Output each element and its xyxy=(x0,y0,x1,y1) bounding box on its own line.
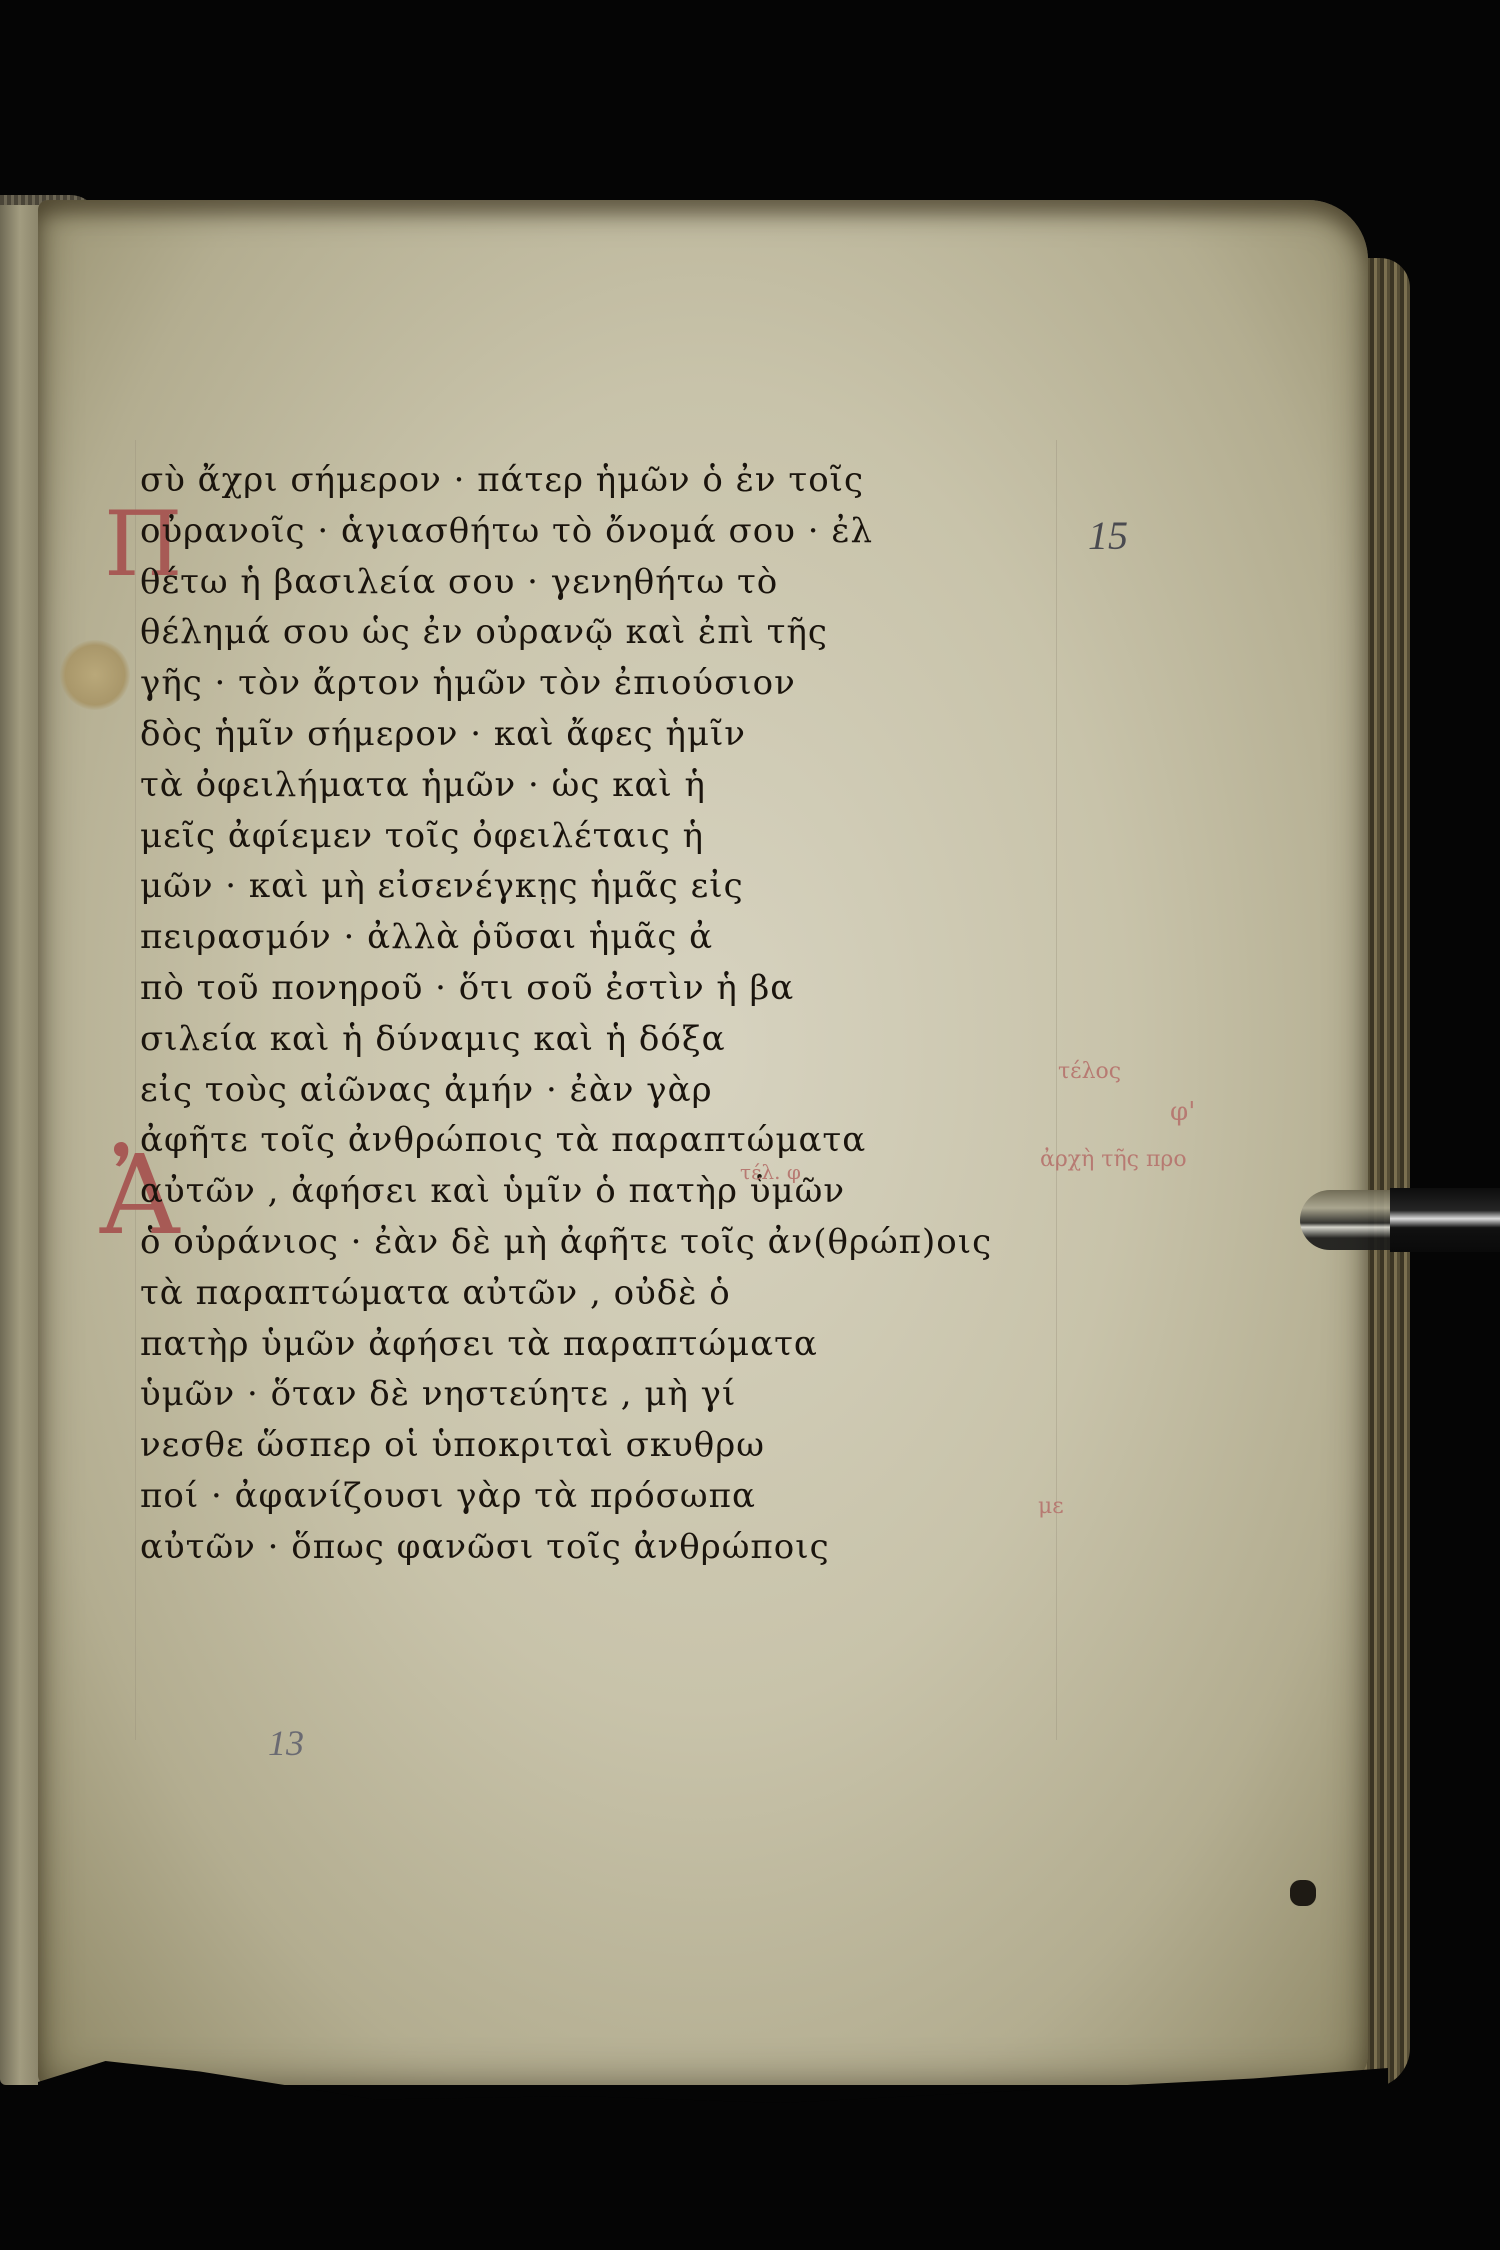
text-line: μῶν · καὶ μὴ εἰσενέγκῃς ἡμᾶς εἰς xyxy=(140,861,1060,912)
text-line: γῆς · τὸν ἄρτον ἡμῶν τὸν ἐπιούσιον xyxy=(140,658,1060,709)
text-line: δὸς ἡμῖν σήμερον · καὶ ἄφες ἡμῖν xyxy=(140,709,1060,760)
margin-note-phi: φ' xyxy=(1170,1100,1195,1124)
text-line: ἀφῆτε τοῖς ἀνθρώποις τὰ παραπτώματα xyxy=(140,1115,1060,1166)
text-line: οὐρανοῖς · ἁγιασθήτω τὸ ὄνομά σου · ἐλ xyxy=(140,506,1060,557)
text-line: θέλημά σου ὡς ἐν οὐρανῷ καὶ ἐπὶ τῆς xyxy=(140,607,1060,658)
text-line: εἰς τοὺς αἰῶνας ἀμήν · ἐὰν γὰρ xyxy=(140,1065,1060,1116)
margin-note-telos: τέλος xyxy=(1058,1060,1121,1084)
inline-rubric: τέλ. φ xyxy=(740,1160,801,1184)
text-line: αὐτῶν , ἀφήσει καὶ ὑμῖν ὁ πατὴρ ὑμῶν xyxy=(140,1166,1060,1217)
text-line: ποί · ἀφανίζουσι γὰρ τὰ πρόσωπα xyxy=(140,1471,1060,1522)
text-line: πὸ τοῦ πονηροῦ · ὅτι σοῦ ἐστὶν ἡ βα xyxy=(140,963,1060,1014)
parchment-stain xyxy=(60,640,130,710)
page-clip-shaft xyxy=(1390,1188,1500,1252)
text-line: σὺ ἄχρι σήμερον · πάτερ ἡμῶν ὁ ἐν τοῖς xyxy=(140,455,1060,506)
margin-note-arche: ἀρχὴ τῆς προ xyxy=(1040,1148,1187,1172)
text-line: πατὴρ ὑμῶν ἀφήσει τὰ παραπτώματα xyxy=(140,1319,1060,1370)
text-line: μεῖς ἀφίεμεν τοῖς ὀφειλέταις ἡ xyxy=(140,811,1060,862)
text-line: ὁ οὐράνιος · ἐὰν δὲ μὴ ἀφῆτε τοῖς ἀν(θρώ… xyxy=(140,1217,1060,1268)
text-line: πειρασμόν · ἀλλὰ ῥῦσαι ἡμᾶς ἀ xyxy=(140,912,1060,963)
pencil-number: 13 xyxy=(268,1722,304,1764)
margin-note-me: με xyxy=(1038,1495,1064,1519)
text-line: θέτω ἡ βασιλεία σου · γενηθήτω τὸ xyxy=(140,557,1060,608)
text-line: τὰ ὀφειλήματα ἡμῶν · ὡς καὶ ἡ xyxy=(140,760,1060,811)
text-line: ὑμῶν · ὅταν δὲ νηστεύητε , μὴ γί xyxy=(140,1369,1060,1420)
folio-number: 15 xyxy=(1088,512,1128,559)
ink-blot xyxy=(1290,1880,1316,1906)
text-line: τὰ παραπτώματα αὐτῶν , οὐδὲ ὁ xyxy=(140,1268,1060,1319)
text-line: αὐτῶν · ὅπως φανῶσι τοῖς ἀνθρώποις xyxy=(140,1522,1060,1573)
text-line: σιλεία καὶ ἡ δύναμις καὶ ἡ δόξα xyxy=(140,1014,1060,1065)
manuscript-text: σὺ ἄχρι σήμερον · πάτερ ἡμῶν ὁ ἐν τοῖς ο… xyxy=(140,455,1060,1573)
text-line: νεσθε ὥσπερ οἱ ὑποκριταὶ σκυθρω xyxy=(140,1420,1060,1471)
